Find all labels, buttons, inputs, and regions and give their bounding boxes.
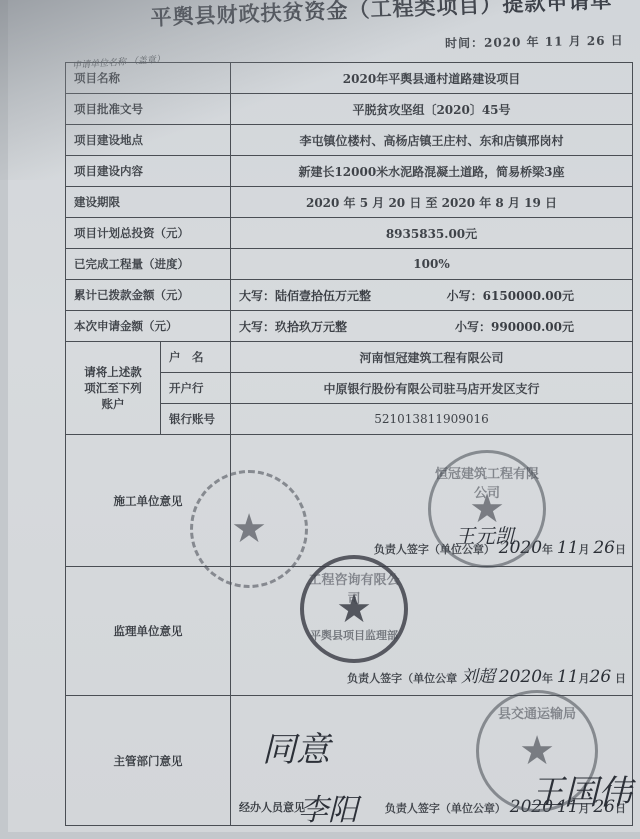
label-total-investment: 项目计划总投资（元） bbox=[66, 218, 231, 249]
document-date: 时间：2020 年 11 月 26 日 bbox=[445, 31, 624, 51]
label-cumulative-amount: 累计已拨款金额（元） bbox=[66, 280, 231, 311]
supervision-sign-line: 负责人签字（单位公章 刘超 2020年 11月26 日 bbox=[347, 662, 626, 687]
value-project-name: 2020年平舆县通村道路建设项目 bbox=[231, 63, 633, 94]
label-construction-opinion: 施工单位意见 bbox=[66, 435, 231, 567]
department-sign-day: 26 bbox=[593, 797, 615, 817]
construction-sign-month: 11 bbox=[557, 538, 579, 558]
value-approval-no: 平脱贫攻坚组〔2020〕45号 bbox=[231, 94, 633, 125]
label-content: 项目建设内容 bbox=[66, 156, 231, 187]
handler-opinion-line: 经办人员意见 bbox=[239, 799, 305, 815]
supervision-sign-day: 26 bbox=[590, 667, 612, 687]
row-department-opinion: 主管部门意见 经办人员意见 负责人签字（单位公章） 2020 11月 26日 bbox=[66, 696, 633, 826]
row-account-name: 请将上述款项汇至下列账户 户 名 河南恒冠建筑工程有限公司 bbox=[66, 342, 633, 373]
value-account-name: 河南恒冠建筑工程有限公司 bbox=[231, 342, 633, 373]
row-construction-opinion: 施工单位意见 负责人签字（单位公章） 2020年 11月 26日 bbox=[66, 435, 633, 567]
request-amount-upper: 大写：玖拾玖万元整 bbox=[239, 318, 347, 335]
label-supervision-opinion: 监理单位意见 bbox=[66, 567, 231, 696]
supervision-sign-month: 11 bbox=[557, 667, 579, 687]
cumulative-amount-upper: 大写：陆佰壹拾伍万元整 bbox=[239, 287, 371, 304]
value-total-investment: 8935835.00元 bbox=[231, 218, 633, 249]
label-department-opinion: 主管部门意见 bbox=[66, 696, 231, 826]
row-cumulative-amount: 累计已拨款金额（元） 大写：陆佰壹拾伍万元整 小写：6150000.00元 bbox=[66, 280, 633, 311]
label-account-group: 请将上述款项汇至下列账户 bbox=[66, 342, 161, 435]
value-account-number: 521013811909016 bbox=[231, 404, 633, 435]
construction-sign-day: 26 bbox=[593, 538, 615, 558]
value-progress: 100% bbox=[231, 249, 633, 280]
cumulative-amount-lower: 小写：6150000.00元 bbox=[447, 287, 574, 304]
request-amount-lower: 小写：990000.00元 bbox=[455, 318, 574, 335]
value-content: 新建长12000米水泥路混凝土道路，简易桥梁3座 bbox=[231, 156, 633, 187]
department-sign-line: 负责人签字（单位公章） 2020 11月 26日 bbox=[385, 797, 626, 817]
row-total-investment: 项目计划总投资（元） 8935835.00元 bbox=[66, 218, 633, 249]
value-location: 李屯镇位楼村、高杨店镇王庄村、东和店镇邢岗村 bbox=[231, 125, 633, 156]
label-request-amount: 本次申请金额（元） bbox=[66, 311, 231, 342]
row-approval-no: 项目批准文号 平脱贫攻坚组〔2020〕45号 bbox=[66, 94, 633, 125]
row-project-name: 项目名称 2020年平舆县通村道路建设项目 bbox=[66, 63, 633, 94]
label-bank: 开户行 bbox=[161, 373, 231, 404]
label-progress: 已完成工程量（进度） bbox=[66, 249, 231, 280]
label-project-name: 项目名称 bbox=[66, 63, 231, 94]
department-sign-year: 2020 bbox=[510, 797, 553, 817]
construction-sign-line: 负责人签字（单位公章） 2020年 11月 26日 bbox=[374, 538, 626, 558]
label-account-number: 银行账号 bbox=[161, 404, 231, 435]
row-content: 项目建设内容 新建长12000米水泥路混凝土道路，简易桥梁3座 bbox=[66, 156, 633, 187]
row-request-amount: 本次申请金额（元） 大写：玖拾玖万元整 小写：990000.00元 bbox=[66, 311, 633, 342]
row-supervision-opinion: 监理单位意见 负责人签字（单位公章 刘超 2020年 11月26 日 bbox=[66, 567, 633, 696]
application-form-table: 项目名称 2020年平舆县通村道路建设项目 项目批准文号 平脱贫攻坚组〔2020… bbox=[65, 62, 633, 826]
row-progress: 已完成工程量（进度） 100% bbox=[66, 249, 633, 280]
value-period: 2020 年 5 月 20 日 至 2020 年 8 月 19 日 bbox=[231, 187, 633, 218]
supervision-signature: 刘超 bbox=[461, 667, 495, 687]
supervision-sign-year: 2020 bbox=[499, 667, 542, 687]
label-account-name: 户 名 bbox=[161, 342, 231, 373]
row-period: 建设期限 2020 年 5 月 20 日 至 2020 年 8 月 19 日 bbox=[66, 187, 633, 218]
label-location: 项目建设地点 bbox=[66, 125, 231, 156]
construction-sign-year: 2020 bbox=[499, 538, 542, 558]
value-bank: 中原银行股份有限公司驻马店开发区支行 bbox=[231, 373, 633, 404]
label-period: 建设期限 bbox=[66, 187, 231, 218]
label-approval-no: 项目批准文号 bbox=[66, 94, 231, 125]
row-location: 项目建设地点 李屯镇位楼村、高杨店镇王庄村、东和店镇邢岗村 bbox=[66, 125, 633, 156]
department-sign-month: 11 bbox=[557, 797, 579, 817]
